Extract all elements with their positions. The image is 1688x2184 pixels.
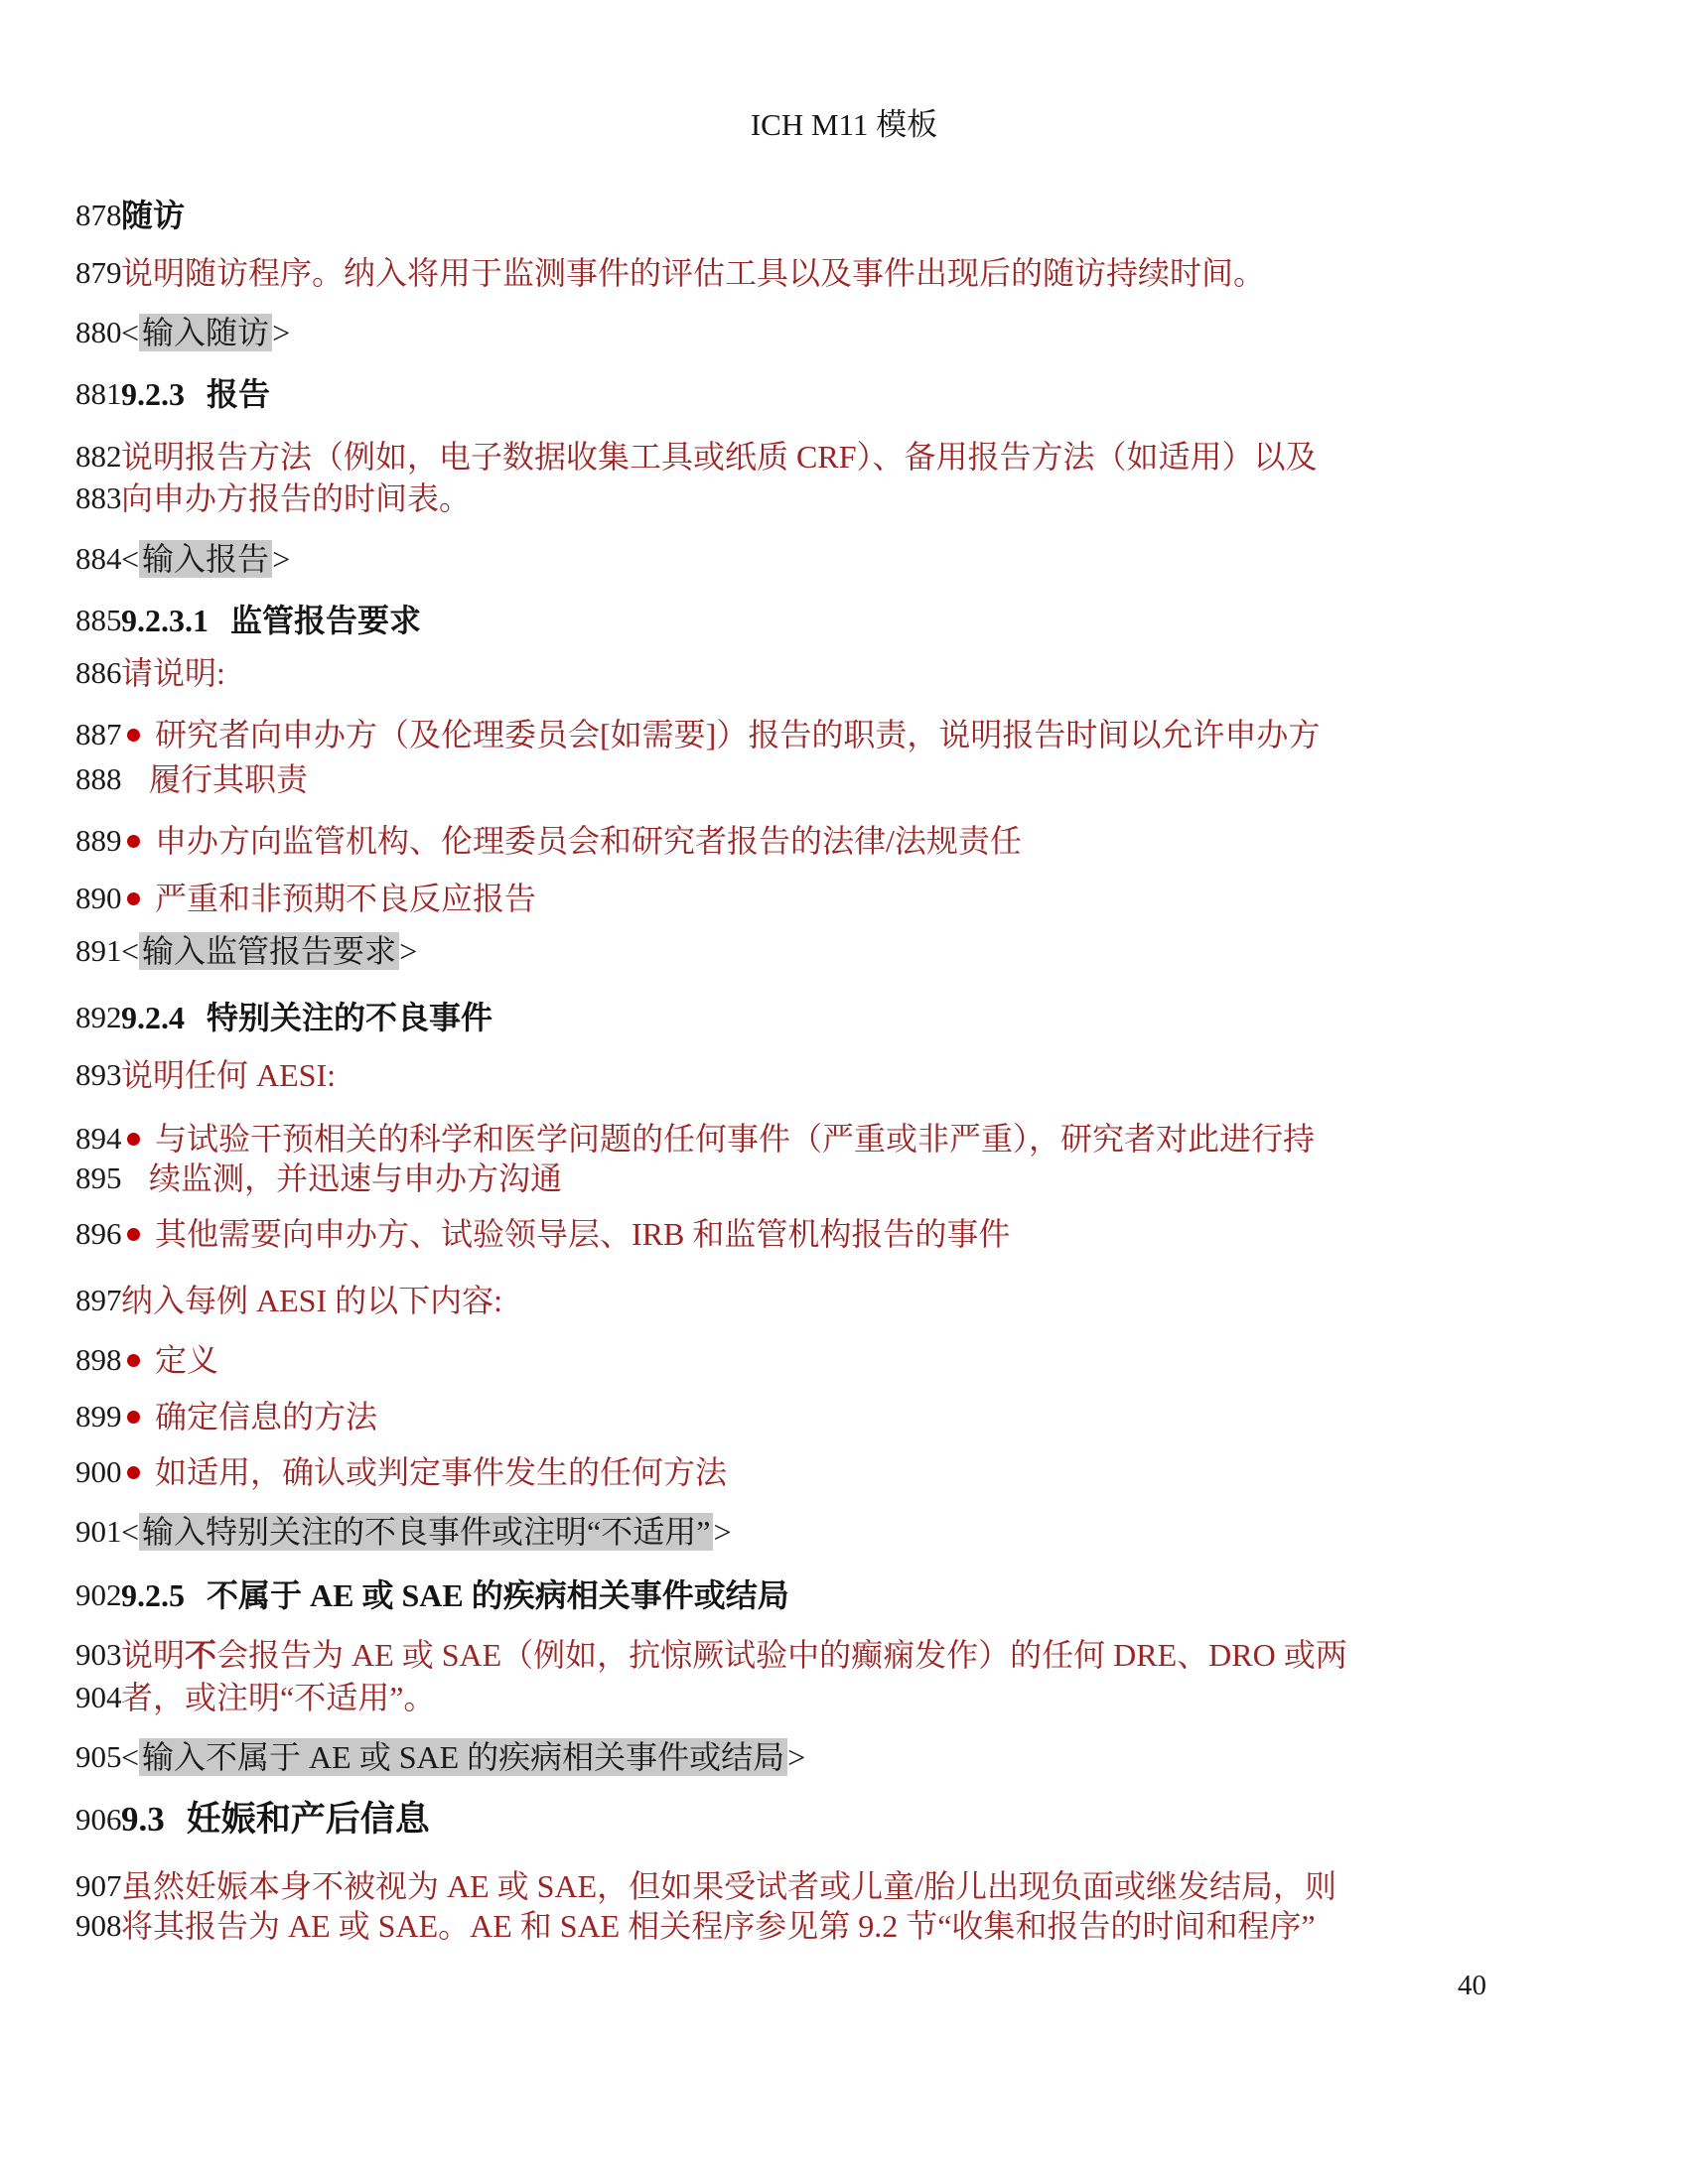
- page-header-title: ICH M11 模板: [0, 99, 1688, 144]
- text-segment: 研究者向申办方（及伦理委员会[如需要]）报告的职责，说明报告时间以允许申办方: [155, 717, 1320, 752]
- line-number: 898: [75, 1337, 122, 1383]
- bullet-item: 续监测，并迅速与申办方沟通: [121, 1156, 562, 1201]
- placeholder-text: 输入不属于 AE 或 SAE 的疾病相关事件或结局: [139, 1738, 787, 1776]
- line-number: 885: [75, 598, 122, 643]
- heading-title: 特别关注的不良事件: [207, 1000, 492, 1035]
- line-number: 908: [75, 1903, 122, 1949]
- line-number: 903: [75, 1632, 122, 1678]
- heading-number: 9.3: [121, 1800, 165, 1839]
- document-line: 903说明不会报告为 AE 或 SAE（例如，抗惊厥试验中的癫痫发作）的任何 D…: [0, 1632, 1688, 1678]
- document-line: 879说明随访程序。纳入将用于监测事件的评估工具以及事件出现后的随访持续时间。: [0, 250, 1688, 296]
- document-line: 893说明任何 AESI:: [0, 1052, 1688, 1098]
- bullet-icon: [127, 1354, 140, 1367]
- placeholder-text: 输入监管报告要求: [139, 932, 399, 970]
- line-number: 905: [75, 1734, 122, 1780]
- line-number: 884: [75, 536, 122, 582]
- text-segment: 其他需要向申办方、试验领导层、IRB 和监管机构报告的事件: [155, 1216, 1010, 1252]
- document-line: 901<输入特别关注的不良事件或注明“不适用”>: [0, 1509, 1688, 1555]
- text-segment: 说明: [121, 1637, 185, 1673]
- placeholder-field: <输入随访>: [121, 310, 290, 355]
- placeholder-field: <输入不属于 AE 或 SAE 的疾病相关事件或结局>: [121, 1734, 805, 1780]
- line-number: 886: [75, 650, 122, 696]
- page-number: 40: [1458, 1970, 1486, 2002]
- text-segment: 说明随访程序。纳入将用于监测事件的评估工具以及事件出现后的随访持续时间。: [121, 255, 1265, 291]
- document-line: 9069.3妊娠和产后信息: [0, 1797, 1688, 1843]
- section-heading: 随访: [121, 193, 185, 238]
- line-number: 883: [75, 476, 122, 521]
- heading-number: 9.2.5: [121, 1577, 185, 1613]
- line-number: 897: [75, 1278, 122, 1323]
- text-segment: 确定信息的方法: [155, 1399, 377, 1434]
- text-segment: 说明报告方法（例如，电子数据收集工具或纸质 CRF）、备用报告方法（如适用）以及: [121, 439, 1318, 475]
- bullet-item: 如适用，确认或判定事件发生的任何方法: [121, 1449, 727, 1495]
- body-text: 将其报告为 AE 或 SAE。AE 和 SAE 相关程序参见第 9.2 节“收集…: [121, 1903, 1316, 1949]
- bullet-icon: [127, 1411, 140, 1424]
- body-text: 向申办方报告的时间表。: [121, 476, 471, 521]
- placeholder-text: 输入报告: [139, 540, 272, 578]
- line-number: 891: [75, 928, 122, 974]
- bullet-icon: [127, 1228, 140, 1241]
- body-text: 说明不会报告为 AE 或 SAE（例如，抗惊厥试验中的癫痫发作）的任何 DRE、…: [121, 1632, 1347, 1678]
- text-segment: 说明任何 AESI:: [121, 1057, 336, 1093]
- body-text: 说明任何 AESI:: [121, 1052, 336, 1098]
- line-number: 892: [75, 995, 122, 1040]
- heading-title: 报告: [207, 376, 270, 412]
- line-number: 900: [75, 1449, 122, 1495]
- text-segment: 履行其职责: [149, 761, 308, 797]
- heading-number: 9.2.3: [121, 376, 185, 412]
- bullet-item: 申办方向监管机构、伦理委员会和研究者报告的法律/法规责任: [121, 818, 1022, 864]
- section-heading: 9.2.3.1监管报告要求: [121, 598, 421, 643]
- section-heading: 9.2.3报告: [121, 371, 270, 417]
- body-text: 请说明:: [121, 650, 225, 696]
- document-line: 897纳入每例 AESI 的以下内容:: [0, 1278, 1688, 1323]
- bullet-item: 履行其职责: [121, 756, 308, 802]
- bullet-icon: [127, 1133, 140, 1146]
- bullet-icon: [127, 835, 140, 848]
- document-line: 880<输入随访>: [0, 310, 1688, 355]
- bullet-item: 确定信息的方法: [121, 1394, 377, 1439]
- text-segment: 纳入每例 AESI 的以下内容:: [121, 1283, 502, 1318]
- document-line: 886请说明:: [0, 650, 1688, 696]
- text-segment: 续监测，并迅速与申办方沟通: [149, 1160, 562, 1196]
- document-line: 904者，或注明“不适用”。: [0, 1675, 1688, 1720]
- text-segment: 者，或注明“不适用”。: [121, 1680, 435, 1715]
- placeholder-text: 输入特别关注的不良事件或注明“不适用”: [139, 1513, 713, 1551]
- line-number: 878: [75, 193, 122, 238]
- document-line: 895续监测，并迅速与申办方沟通: [0, 1156, 1688, 1201]
- text-segment: 向申办方报告的时间表。: [121, 480, 471, 516]
- document-line: 889申办方向监管机构、伦理委员会和研究者报告的法律/法规责任: [0, 818, 1688, 864]
- line-number: 879: [75, 250, 122, 296]
- document-line: 8929.2.4特别关注的不良事件: [0, 995, 1688, 1040]
- heading-number: 9.2.3.1: [121, 603, 209, 638]
- bullet-icon: [127, 729, 140, 742]
- text-segment: 虽然妊娠本身不被视为 AE 或 SAE，但如果受试者或儿童/胎儿出现负面或继发结…: [121, 1868, 1336, 1904]
- placeholder-text: 输入随访: [139, 314, 272, 351]
- document-line: 8819.2.3报告: [0, 371, 1688, 417]
- document-line: 883向申办方报告的时间表。: [0, 476, 1688, 521]
- document-line: 890严重和非预期不良反应报告: [0, 876, 1688, 921]
- section-heading: 9.2.5不属于 AE 或 SAE 的疾病相关事件或结局: [121, 1572, 789, 1618]
- document-line: 878随访: [0, 193, 1688, 238]
- document-line: 887研究者向申办方（及伦理委员会[如需要]）报告的职责，说明报告时间以允许申办…: [0, 712, 1688, 757]
- text-segment: 将其报告为 AE 或 SAE。AE 和 SAE 相关程序参见第 9.2 节“收集…: [121, 1908, 1316, 1944]
- document-line: 908将其报告为 AE 或 SAE。AE 和 SAE 相关程序参见第 9.2 节…: [0, 1903, 1688, 1949]
- line-number: 881: [75, 371, 122, 417]
- document-line: 898定义: [0, 1337, 1688, 1383]
- text-segment: 严重和非预期不良反应报告: [155, 881, 536, 916]
- line-number: 880: [75, 310, 122, 355]
- placeholder-field: <输入特别关注的不良事件或注明“不适用”>: [121, 1509, 732, 1555]
- document-line: 899确定信息的方法: [0, 1394, 1688, 1439]
- line-number: 882: [75, 434, 122, 479]
- heading-title: 监管报告要求: [230, 603, 421, 638]
- line-number: 893: [75, 1052, 122, 1098]
- line-number: 895: [75, 1156, 122, 1201]
- text-segment: 会报告为 AE 或 SAE（例如，抗惊厥试验中的癫痫发作）的任何 DRE、DRO…: [216, 1637, 1347, 1673]
- page: ICH M11 模板 878随访879说明随访程序。纳入将用于监测事件的评估工具…: [0, 0, 1688, 2184]
- bullet-item: 研究者向申办方（及伦理委员会[如需要]）报告的职责，说明报告时间以允许申办方: [121, 712, 1320, 757]
- document-line: 905<输入不属于 AE 或 SAE 的疾病相关事件或结局>: [0, 1734, 1688, 1780]
- bullet-item: 其他需要向申办方、试验领导层、IRB 和监管机构报告的事件: [121, 1211, 1010, 1257]
- heading-title: 妊娠和产后信息: [187, 1800, 430, 1839]
- body-text: 纳入每例 AESI 的以下内容:: [121, 1278, 502, 1323]
- heading-title: 不属于 AE 或 SAE 的疾病相关事件或结局: [207, 1577, 789, 1613]
- line-number: 904: [75, 1675, 122, 1720]
- document-line: 9029.2.5不属于 AE 或 SAE 的疾病相关事件或结局: [0, 1572, 1688, 1618]
- bullet-item: 定义: [121, 1337, 218, 1383]
- line-number: 888: [75, 756, 122, 802]
- text-segment: 如适用，确认或判定事件发生的任何方法: [155, 1454, 727, 1490]
- bullet-icon: [127, 1466, 140, 1479]
- document-line: 891<输入监管报告要求>: [0, 928, 1688, 974]
- placeholder-field: <输入报告>: [121, 536, 290, 582]
- line-number: 890: [75, 876, 122, 921]
- text-segment: 与试验干预相关的科学和医学问题的任何事件（严重或非严重），研究者对此进行持: [155, 1121, 1315, 1157]
- placeholder-field: <输入监管报告要求>: [121, 928, 417, 974]
- heading-number: 9.2.4: [121, 1000, 185, 1035]
- section-heading: 9.2.4特别关注的不良事件: [121, 995, 492, 1040]
- line-number: 887: [75, 712, 122, 757]
- document-line: 896其他需要向申办方、试验领导层、IRB 和监管机构报告的事件: [0, 1211, 1688, 1257]
- section-heading: 9.3妊娠和产后信息: [121, 1797, 430, 1843]
- line-number: 901: [75, 1509, 122, 1555]
- body-text: 者，或注明“不适用”。: [121, 1675, 435, 1720]
- body-text: 说明随访程序。纳入将用于监测事件的评估工具以及事件出现后的随访持续时间。: [121, 250, 1265, 296]
- line-number: 896: [75, 1211, 122, 1257]
- heading-title: 随访: [121, 198, 185, 233]
- text-segment: 申办方向监管机构、伦理委员会和研究者报告的法律/法规责任: [155, 823, 1022, 859]
- text-segment: 定义: [155, 1342, 218, 1378]
- bullet-item: 严重和非预期不良反应报告: [121, 876, 536, 921]
- bullet-icon: [127, 892, 140, 905]
- text-segment: 请说明:: [121, 655, 225, 691]
- line-number: 902: [75, 1572, 122, 1618]
- document-line: 8859.2.3.1监管报告要求: [0, 598, 1688, 643]
- document-line: 900如适用，确认或判定事件发生的任何方法: [0, 1449, 1688, 1495]
- document-line: 888履行其职责: [0, 756, 1688, 802]
- line-number: 906: [75, 1797, 122, 1843]
- text-segment: 不: [185, 1637, 216, 1673]
- line-number: 899: [75, 1394, 122, 1439]
- line-number: 889: [75, 818, 122, 864]
- document-line: 882说明报告方法（例如，电子数据收集工具或纸质 CRF）、备用报告方法（如适用…: [0, 434, 1688, 479]
- document-line: 884<输入报告>: [0, 536, 1688, 582]
- body-text: 说明报告方法（例如，电子数据收集工具或纸质 CRF）、备用报告方法（如适用）以及: [121, 434, 1318, 479]
